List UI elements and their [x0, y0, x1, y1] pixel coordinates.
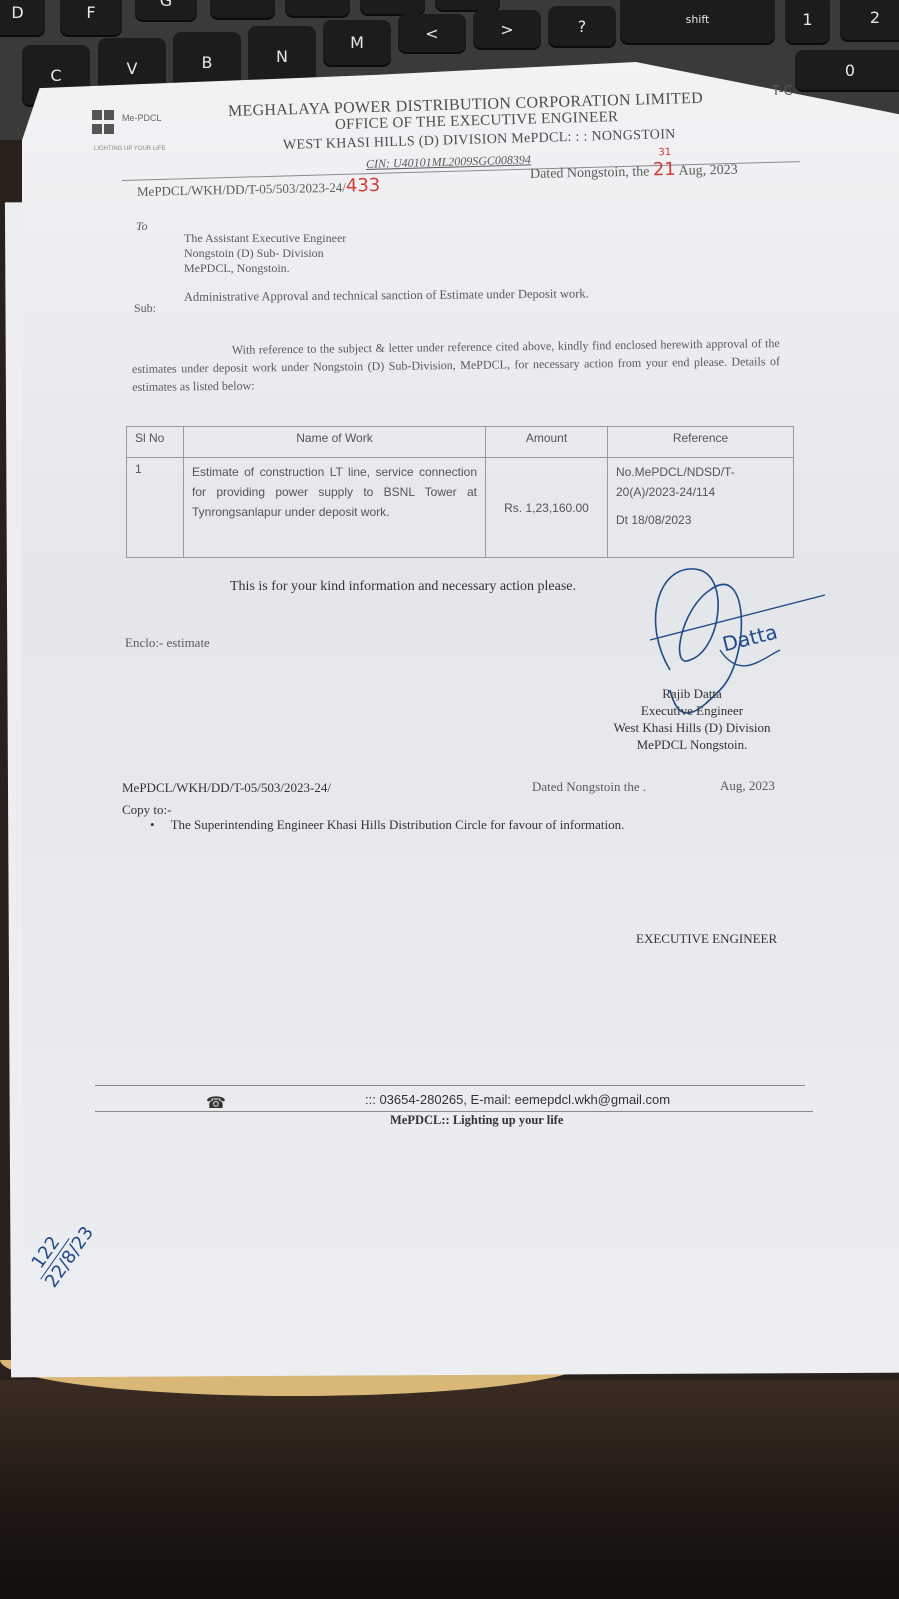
key-label: shift	[686, 13, 710, 26]
logo-mark-icon	[92, 124, 102, 134]
key-label: V	[127, 59, 138, 78]
footer-contact: ::: 03654-280265, E-mail: eemepdcl.wkh@g…	[365, 1092, 670, 1107]
signatory-block: Rajib Datta Executive Engineer West Khas…	[592, 685, 792, 753]
cell-amount: Rs. 1,23,160.00	[486, 458, 608, 558]
footer-divider-bottom	[95, 1111, 813, 1112]
footer-tagline: MePDCL:: Lighting up your life	[390, 1113, 563, 1128]
copy-recipient-text: The Superintending Engineer Khasi Hills …	[171, 817, 625, 832]
executive-engineer-signoff: EXECUTIVE ENGINEER	[636, 931, 777, 947]
reference-date: Dt 18/08/2023	[616, 510, 785, 530]
key-g: G	[135, 0, 197, 20]
enclosure-line: Enclo:- estimate	[125, 635, 210, 651]
key-f: F	[60, 0, 122, 35]
handwritten-date-day: 2131	[653, 159, 676, 180]
key-label: 2	[870, 8, 880, 27]
copy-ref-number: MePDCL/WKH/DD/T-05/503/2023-24/	[122, 780, 331, 796]
key-label: 1	[802, 10, 812, 29]
subject-label: Sub:	[134, 301, 156, 316]
key-m: M	[323, 20, 391, 65]
date-prefix: Dated Nongstoin, the	[530, 165, 650, 182]
logo-mark-icon	[104, 124, 114, 134]
col-name-of-work: Name of Work	[184, 427, 486, 458]
logo-tagline: Lighting up your life	[94, 146, 165, 152]
key-label: 0	[845, 61, 855, 80]
key-2: 2	[840, 0, 899, 40]
key	[360, 0, 425, 14]
footer-divider-top	[95, 1085, 805, 1086]
key-label: F	[86, 3, 95, 22]
cell-sl-no: 1	[127, 458, 184, 558]
col-amount: Amount	[486, 427, 608, 458]
to-label: To	[136, 219, 148, 234]
copy-recipient: •The Superintending Engineer Khasi Hills…	[150, 817, 624, 833]
col-reference: Reference	[608, 427, 794, 458]
signatory-designation: Executive Engineer	[592, 702, 792, 719]
key	[285, 0, 350, 16]
logo-mark-icon	[104, 110, 114, 120]
key-label: <	[425, 24, 438, 43]
copy-date-prefix: Dated Nongstoin the .	[532, 779, 646, 795]
key-label: M	[350, 33, 364, 52]
key-1: 1	[785, 0, 830, 43]
date-day: 21	[653, 159, 676, 180]
reference-number: No.MePDCL/NDSD/T-20(A)/2023-24/114	[616, 462, 785, 502]
signatory-office: MePDCL Nongstoin.	[592, 736, 792, 753]
key-label: ?	[578, 17, 587, 36]
table-header-row: Sl No Name of Work Amount Reference	[127, 427, 794, 458]
key	[210, 0, 275, 18]
key-greater-than: >	[473, 10, 541, 48]
closing-line: This is for your kind information and ne…	[230, 579, 576, 595]
table-surface	[0, 1380, 899, 1599]
key-0: 0	[795, 50, 899, 90]
date-suffix: Aug, 2023	[678, 163, 737, 179]
key-label: G	[160, 0, 172, 10]
logo-mark-icon	[92, 110, 102, 120]
signatory-name: Rajib Datta	[592, 685, 792, 702]
bullet-icon: •	[150, 817, 155, 832]
col-sl-no: Sl No	[127, 427, 184, 458]
body-paragraph: With reference to the subject & letter u…	[132, 334, 781, 396]
addressee-block: The Assistant Executive Engineer Nongsto…	[184, 231, 346, 276]
cell-name-of-work: Estimate of construction LT line, servic…	[184, 458, 486, 558]
telephone-icon: ☎	[206, 1093, 226, 1113]
key-less-than: <	[398, 14, 466, 52]
addressee-line: The Assistant Executive Engineer	[184, 231, 346, 246]
key-d: D	[0, 0, 45, 35]
addressee-line: Nongstoin (D) Sub- Division	[184, 246, 346, 261]
key-label: B	[202, 53, 213, 72]
key-label: D	[11, 3, 23, 22]
addressee-line: MePDCL, Nongstoin.	[184, 261, 346, 276]
key-label: >	[500, 20, 513, 39]
logo-text: Me-PDCL	[122, 113, 162, 123]
copy-date-suffix: Aug, 2023	[720, 778, 775, 794]
key-label: N	[276, 47, 288, 66]
key-question: ?	[548, 6, 616, 46]
key-label: C	[50, 66, 61, 85]
key-shift: shift	[620, 0, 775, 43]
corner-mark: T-C	[772, 84, 793, 99]
estimate-table: Sl No Name of Work Amount Reference 1 Es…	[126, 426, 794, 558]
copy-to-label: Copy to:-	[122, 802, 171, 818]
key-n: N	[248, 26, 316, 86]
handwritten-ref-number: 433	[346, 175, 381, 197]
key	[435, 0, 500, 10]
reference-number: MePDCL/WKH/DD/T-05/503/2023-24/	[137, 180, 346, 199]
date-day-correction: 31	[658, 147, 671, 158]
letter-date: Dated Nongstoin, the 2131 Aug, 2023	[530, 158, 738, 183]
signatory-division: West Khasi Hills (D) Division	[592, 719, 792, 736]
